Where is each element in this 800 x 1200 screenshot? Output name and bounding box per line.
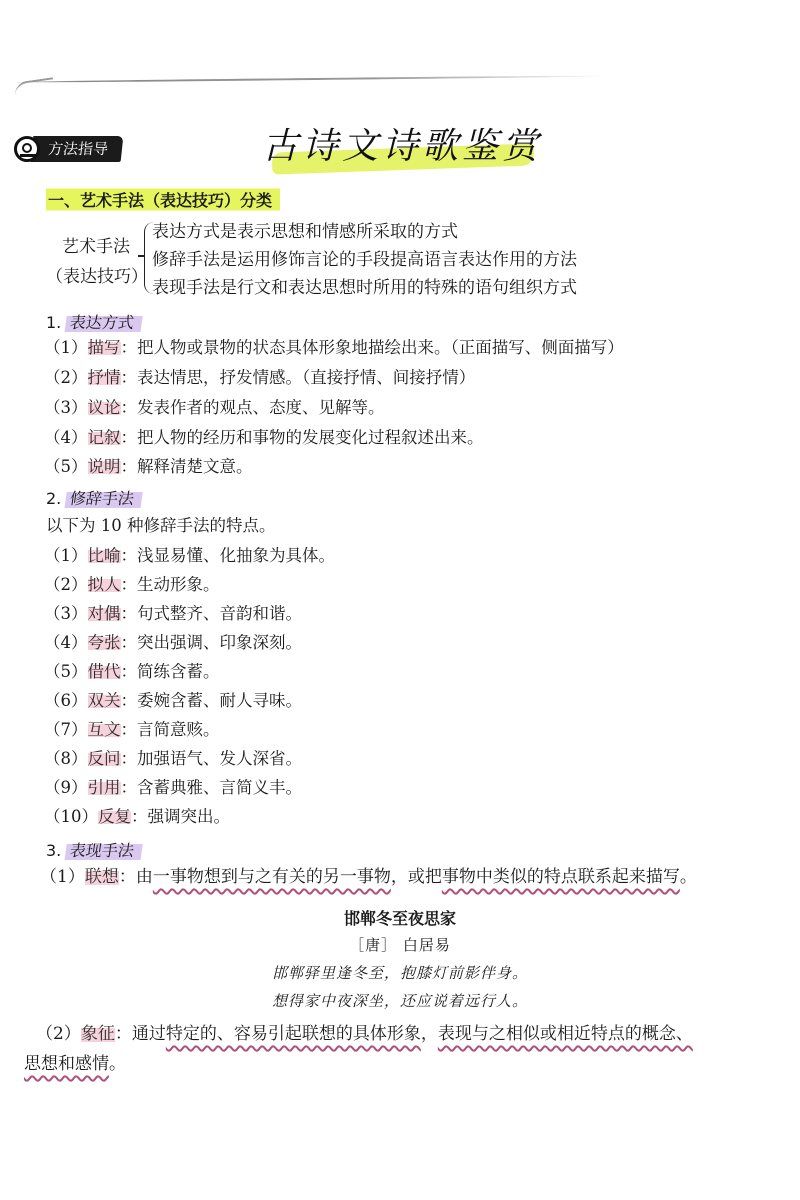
term-highlight: 抒情 [88,368,121,387]
term-highlight: 联想 [85,867,119,887]
subheading-text: 表达方式 [65,310,144,333]
poem-line: 想得家中夜深坐，还应说着远行人。 [0,990,800,1011]
term-highlight: 互文 [88,720,121,739]
subheading-rhetoric: 2. 修辞手法 [46,486,142,509]
term-highlight: 借代 [88,662,121,681]
poem-line: 邯郸驿里逢冬至，抱膝灯前影伴身。 [0,962,800,983]
wavy-underlined-text: 表现与之相似或相近特点的概念、 [438,1024,693,1044]
list-item: （4）记叙：把人物的经历和事物的发展变化过程叙述出来。 [44,424,484,452]
record-player-icon [14,136,40,162]
list-item: （2）拟人：生动形象。 [44,571,220,599]
poem-author: ［唐］ 白居易 [0,934,800,955]
term-highlight: 对偶 [88,604,121,623]
term-highlight: 双关 [88,691,121,710]
list-item: （5）借代：简练含蓄。 [44,658,220,686]
term-highlight: 夸张 [88,633,121,652]
subheading-text: 表现手法 [65,838,144,861]
list-item: （3）对偶：句式整齐、音韵和谐。 [44,600,302,628]
subheading-number: 1. [46,313,61,332]
brace-label-line1: 艺术手法 [46,232,146,262]
brace-label-line2: （表达技巧） [46,262,146,292]
wavy-underlined-text: 一事物想到与之有关的另一事物 [153,867,391,887]
top-divider-curve [13,77,55,96]
subheading-number: 3. [46,841,61,860]
list-item: （6）双关：委婉含蓄、耐人寻味。 [44,687,302,715]
list-item: （1）描写：把人物或景物的状态具体形象地描绘出来。（正面描写、侧面描写） [44,334,624,362]
list-item: （7）互文：言简意赅。 [44,716,220,744]
list-item: （4）夸张：突出强调、印象深刻。 [44,629,302,657]
brace-items: 表达方式是表示思想和情感所采取的方式 修辞手法是运用修饰言论的手段提高语言表达作… [152,218,577,302]
section-heading-art-techniques: 一、艺术手法（表达技巧）分类 [46,186,280,213]
term-highlight: 反问 [88,749,121,768]
page-title-text: 古诗文诗歌鉴赏 [262,118,542,169]
page-title: 古诗文诗歌鉴赏 [262,118,542,178]
term-highlight: 象征 [81,1024,115,1044]
term-highlight: 记叙 [88,428,121,447]
subheading-technique: 3. 表现手法 [46,838,142,861]
symbolism-item: （2）象征：通过特定的、容易引起联想的具体形象，表现与之相似或相近特点的概念、 [36,1020,693,1048]
association-item: （1）联想：由一事物想到与之有关的另一事物，或把事物中类似的特点联系起来描写。 [40,863,697,891]
list-item: （2）抒情：表达情思，抒发情感。（直接抒情、间接抒情） [44,364,475,392]
wavy-underlined-text: 特定的、容易引起联想的具体形象 [166,1024,421,1044]
wavy-underlined-text: 思想和感情 [24,1054,109,1074]
subheading-number: 2. [46,489,61,508]
list-item: （9）引用：含蓄典雅、言简义丰。 [44,774,302,802]
list-item: （1）比喻：浅显易懂、化抽象为具体。 [44,542,335,570]
list-item: （5）说明：解释清楚文意。 [44,453,253,481]
brace-label: 艺术手法 （表达技巧） [46,232,146,292]
badge-label: 方法指导 [31,136,124,162]
subheading-text: 修辞手法 [65,486,144,509]
term-highlight: 拟人 [88,575,121,594]
term-highlight: 引用 [88,778,121,797]
list-item: （3）议论：发表作者的观点、态度、见解等。 [44,394,385,422]
term-highlight: 说明 [88,457,121,476]
term-highlight: 反复 [98,807,131,826]
method-guide-badge: 方法指导 [14,136,122,162]
top-divider-line [16,75,616,83]
brace-item: 表达方式是表示思想和情感所采取的方式 [152,218,577,246]
term-highlight: 比喻 [88,546,121,565]
rhetoric-intro: 以下为 10 种修辞手法的特点。 [46,512,276,540]
subheading-expression: 1. 表达方式 [46,310,142,333]
poem-title: 邯郸冬至夜思家 [0,906,800,929]
symbolism-item-continued: 思想和感情。 [24,1050,126,1078]
term-highlight: 议论 [88,398,121,417]
term-highlight: 描写 [88,338,121,357]
brace-item: 修辞手法是运用修饰言论的手段提高语言表达作用的方法 [152,246,577,274]
brace-item: 表现手法是行文和表达思想时所用的特殊的语句组织方式 [152,274,577,302]
list-item: （8）反问：加强语气、发人深省。 [44,745,302,773]
wavy-underlined-text: 事物中类似的特点联系起来描写 [442,867,680,887]
list-item: （10）反复：强调突出。 [44,803,230,831]
